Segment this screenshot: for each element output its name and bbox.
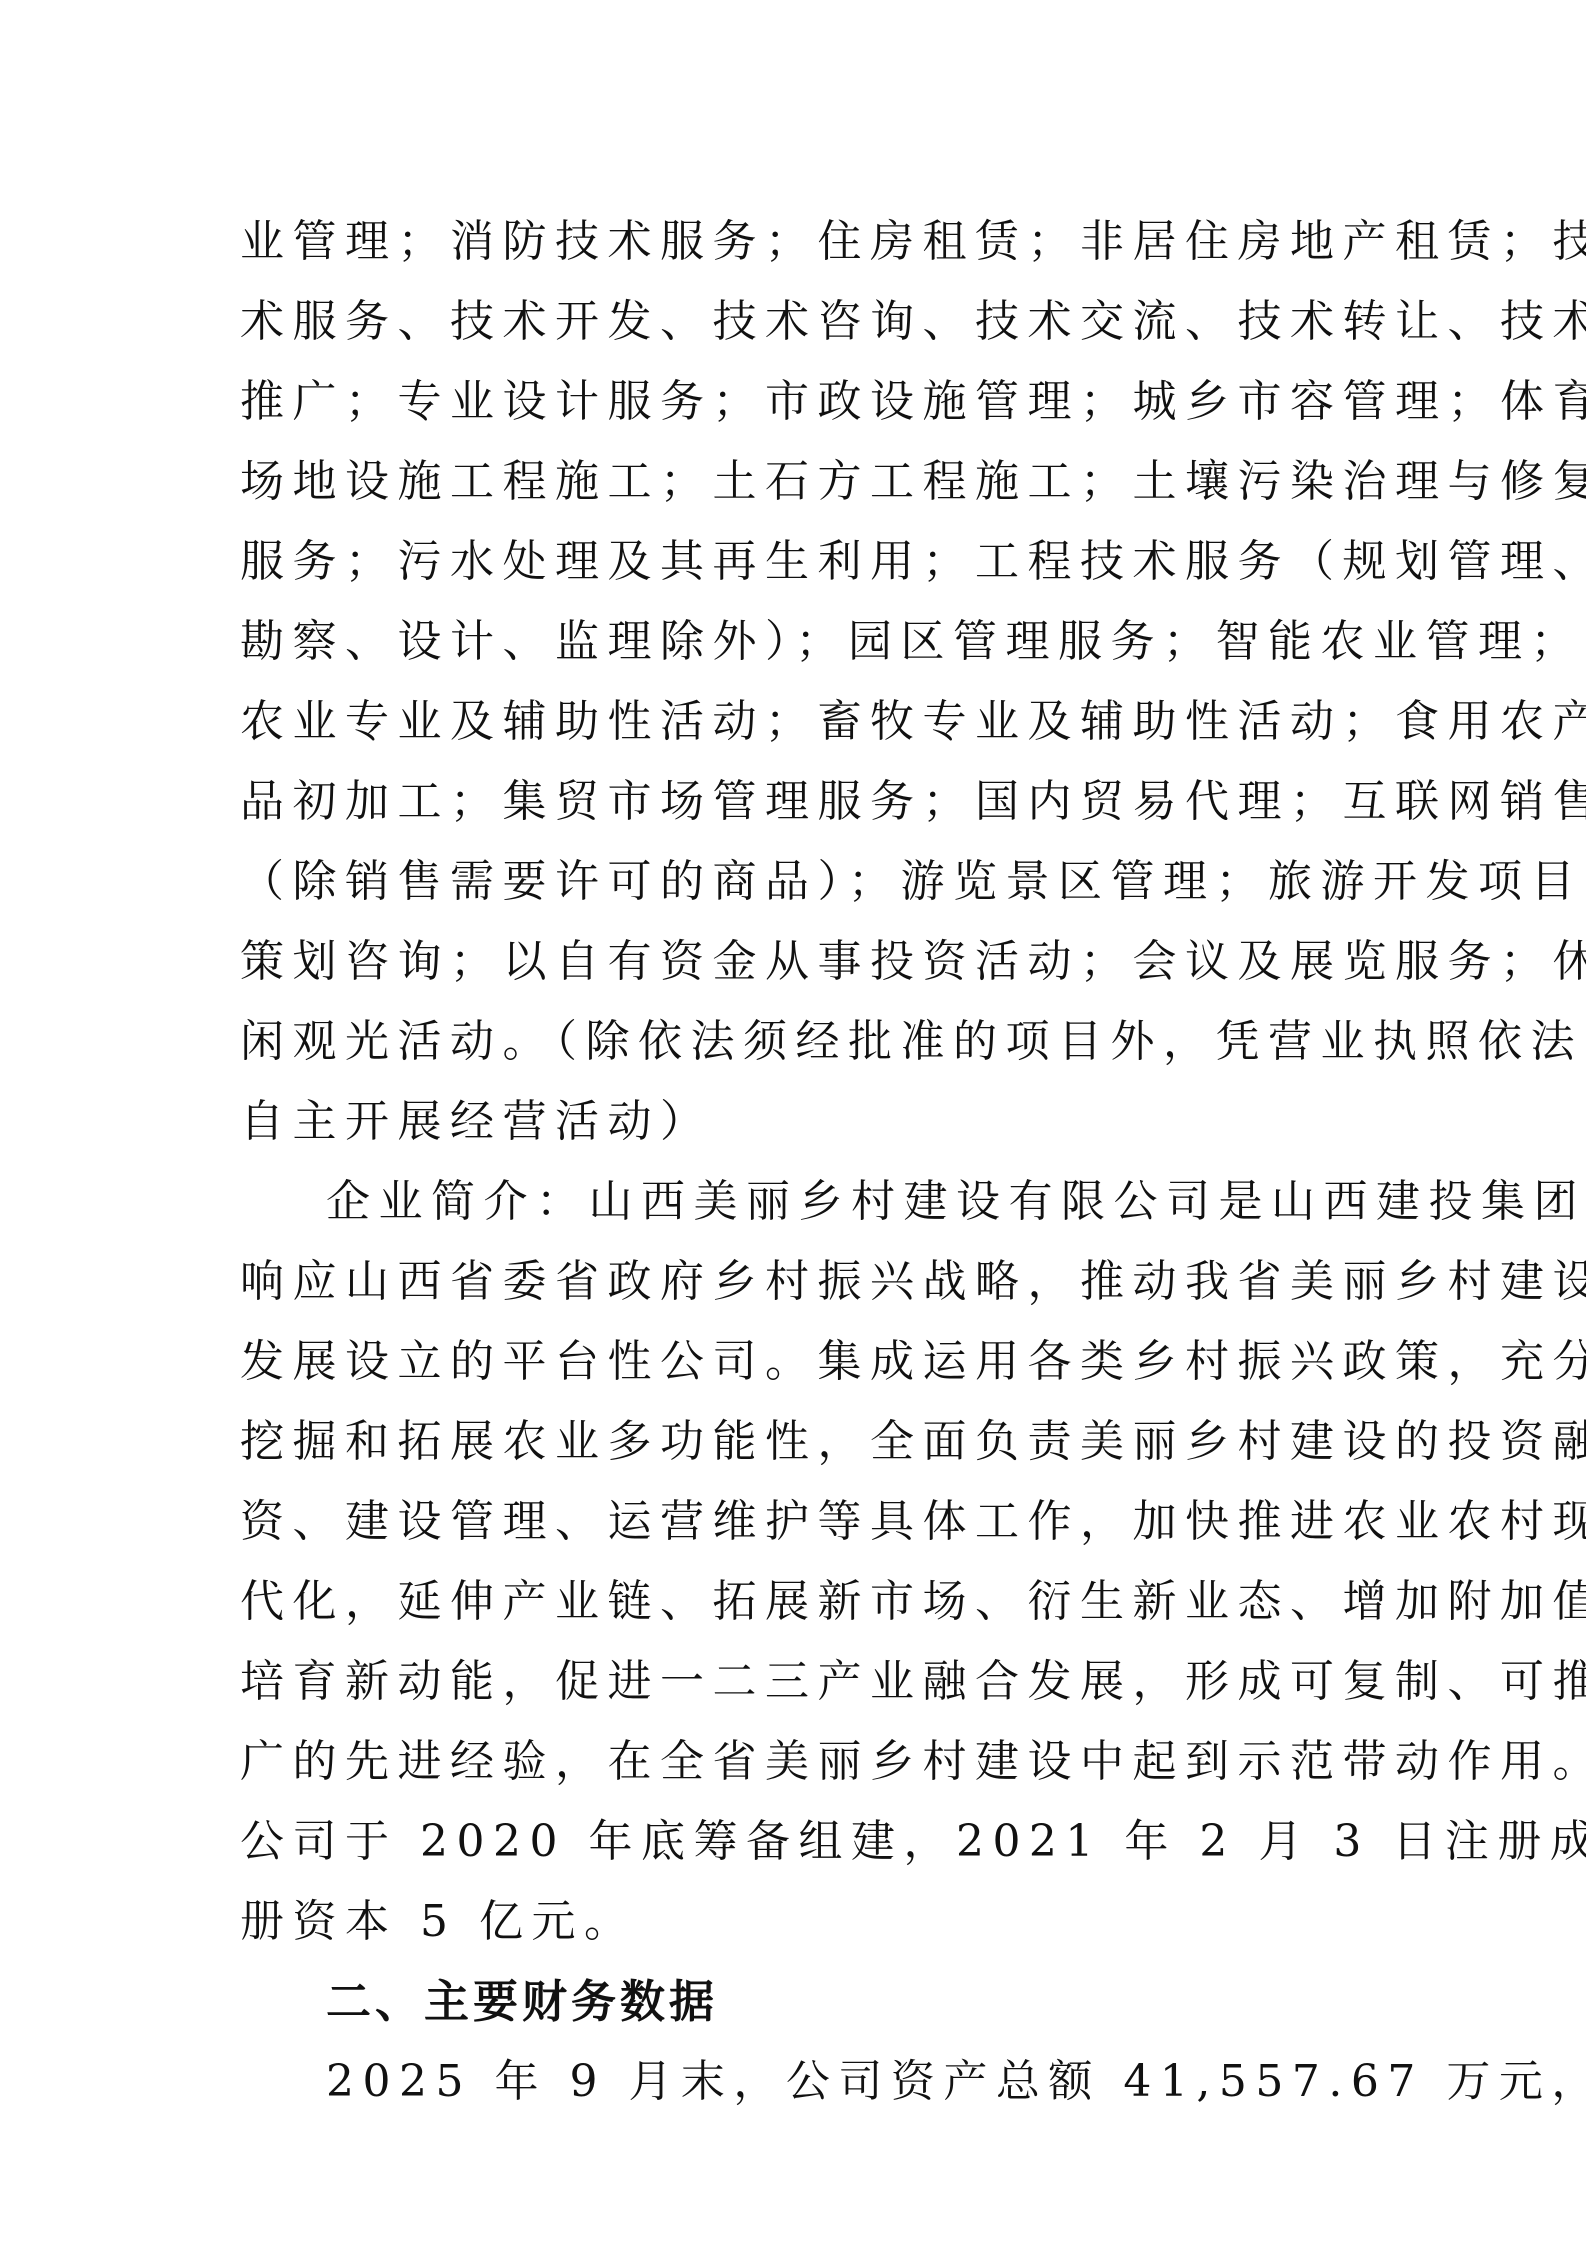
text-line: 自主开展经营活动） xyxy=(240,1092,1352,1152)
text-line: 广的先进经验，在全省美丽乡村建设中起到示范带动作用。 xyxy=(240,1732,1352,1792)
financial-intro-line: 2025 年 9 月末，公司资产总额 41,557.67 万元，其中： xyxy=(326,2052,1352,2112)
text-line: 勘察、设计、监理除外）；园区管理服务；智能农业管理； xyxy=(240,612,1352,672)
text-line: 资、建设管理、运营维护等具体工作，加快推进农业农村现 xyxy=(240,1492,1352,1552)
section-heading: 二、主要财务数据 xyxy=(326,1972,718,2032)
text-line: 策划咨询；以自有资金从事投资活动；会议及展览服务；休 xyxy=(240,932,1352,992)
text-line: 推广；专业设计服务；市政设施管理；城乡市容管理；体育 xyxy=(240,372,1352,432)
text-line: 术服务、技术开发、技术咨询、技术交流、技术转让、技术 xyxy=(240,292,1352,352)
document-page: 业管理；消防技术服务；住房租赁；非居住房地产租赁；技 术服务、技术开发、技术咨询… xyxy=(0,0,1586,2245)
text-line: 代化，延伸产业链、拓展新市场、衍生新业态、增加附加值、 xyxy=(240,1572,1352,1632)
text-line: 企业简介：山西美丽乡村建设有限公司是山西建投集团 xyxy=(326,1172,1352,1232)
text-line: 响应山西省委省政府乡村振兴战略，推动我省美丽乡村建设 xyxy=(240,1252,1352,1312)
text-line: 场地设施工程施工；土石方工程施工；土壤污染治理与修复 xyxy=(240,452,1352,512)
text-line: （除销售需要许可的商品）；游览景区管理；旅游开发项目 xyxy=(240,852,1352,912)
text-line: 闲观光活动。（除依法须经批准的项目外，凭营业执照依法 xyxy=(240,1012,1352,1072)
text-line: 发展设立的平台性公司。集成运用各类乡村振兴政策，充分 xyxy=(240,1332,1352,1392)
text-line: 品初加工；集贸市场管理服务；国内贸易代理；互联网销售 xyxy=(240,772,1352,832)
text-line: 业管理；消防技术服务；住房租赁；非居住房地产租赁；技 xyxy=(240,212,1352,272)
text-line: 农业专业及辅助性活动；畜牧专业及辅助性活动；食用农产 xyxy=(240,692,1352,752)
text-line: 公司于 2020 年底筹备组建，2021 年 2 月 3 日注册成立，注 xyxy=(240,1812,1352,1872)
text-line: 册资本 5 亿元。 xyxy=(240,1892,1352,1952)
text-line: 培育新动能，促进一二三产业融合发展，形成可复制、可推 xyxy=(240,1652,1352,1712)
text-line: 服务；污水处理及其再生利用；工程技术服务（规划管理、 xyxy=(240,532,1352,592)
text-line: 挖掘和拓展农业多功能性，全面负责美丽乡村建设的投资融 xyxy=(240,1412,1352,1472)
